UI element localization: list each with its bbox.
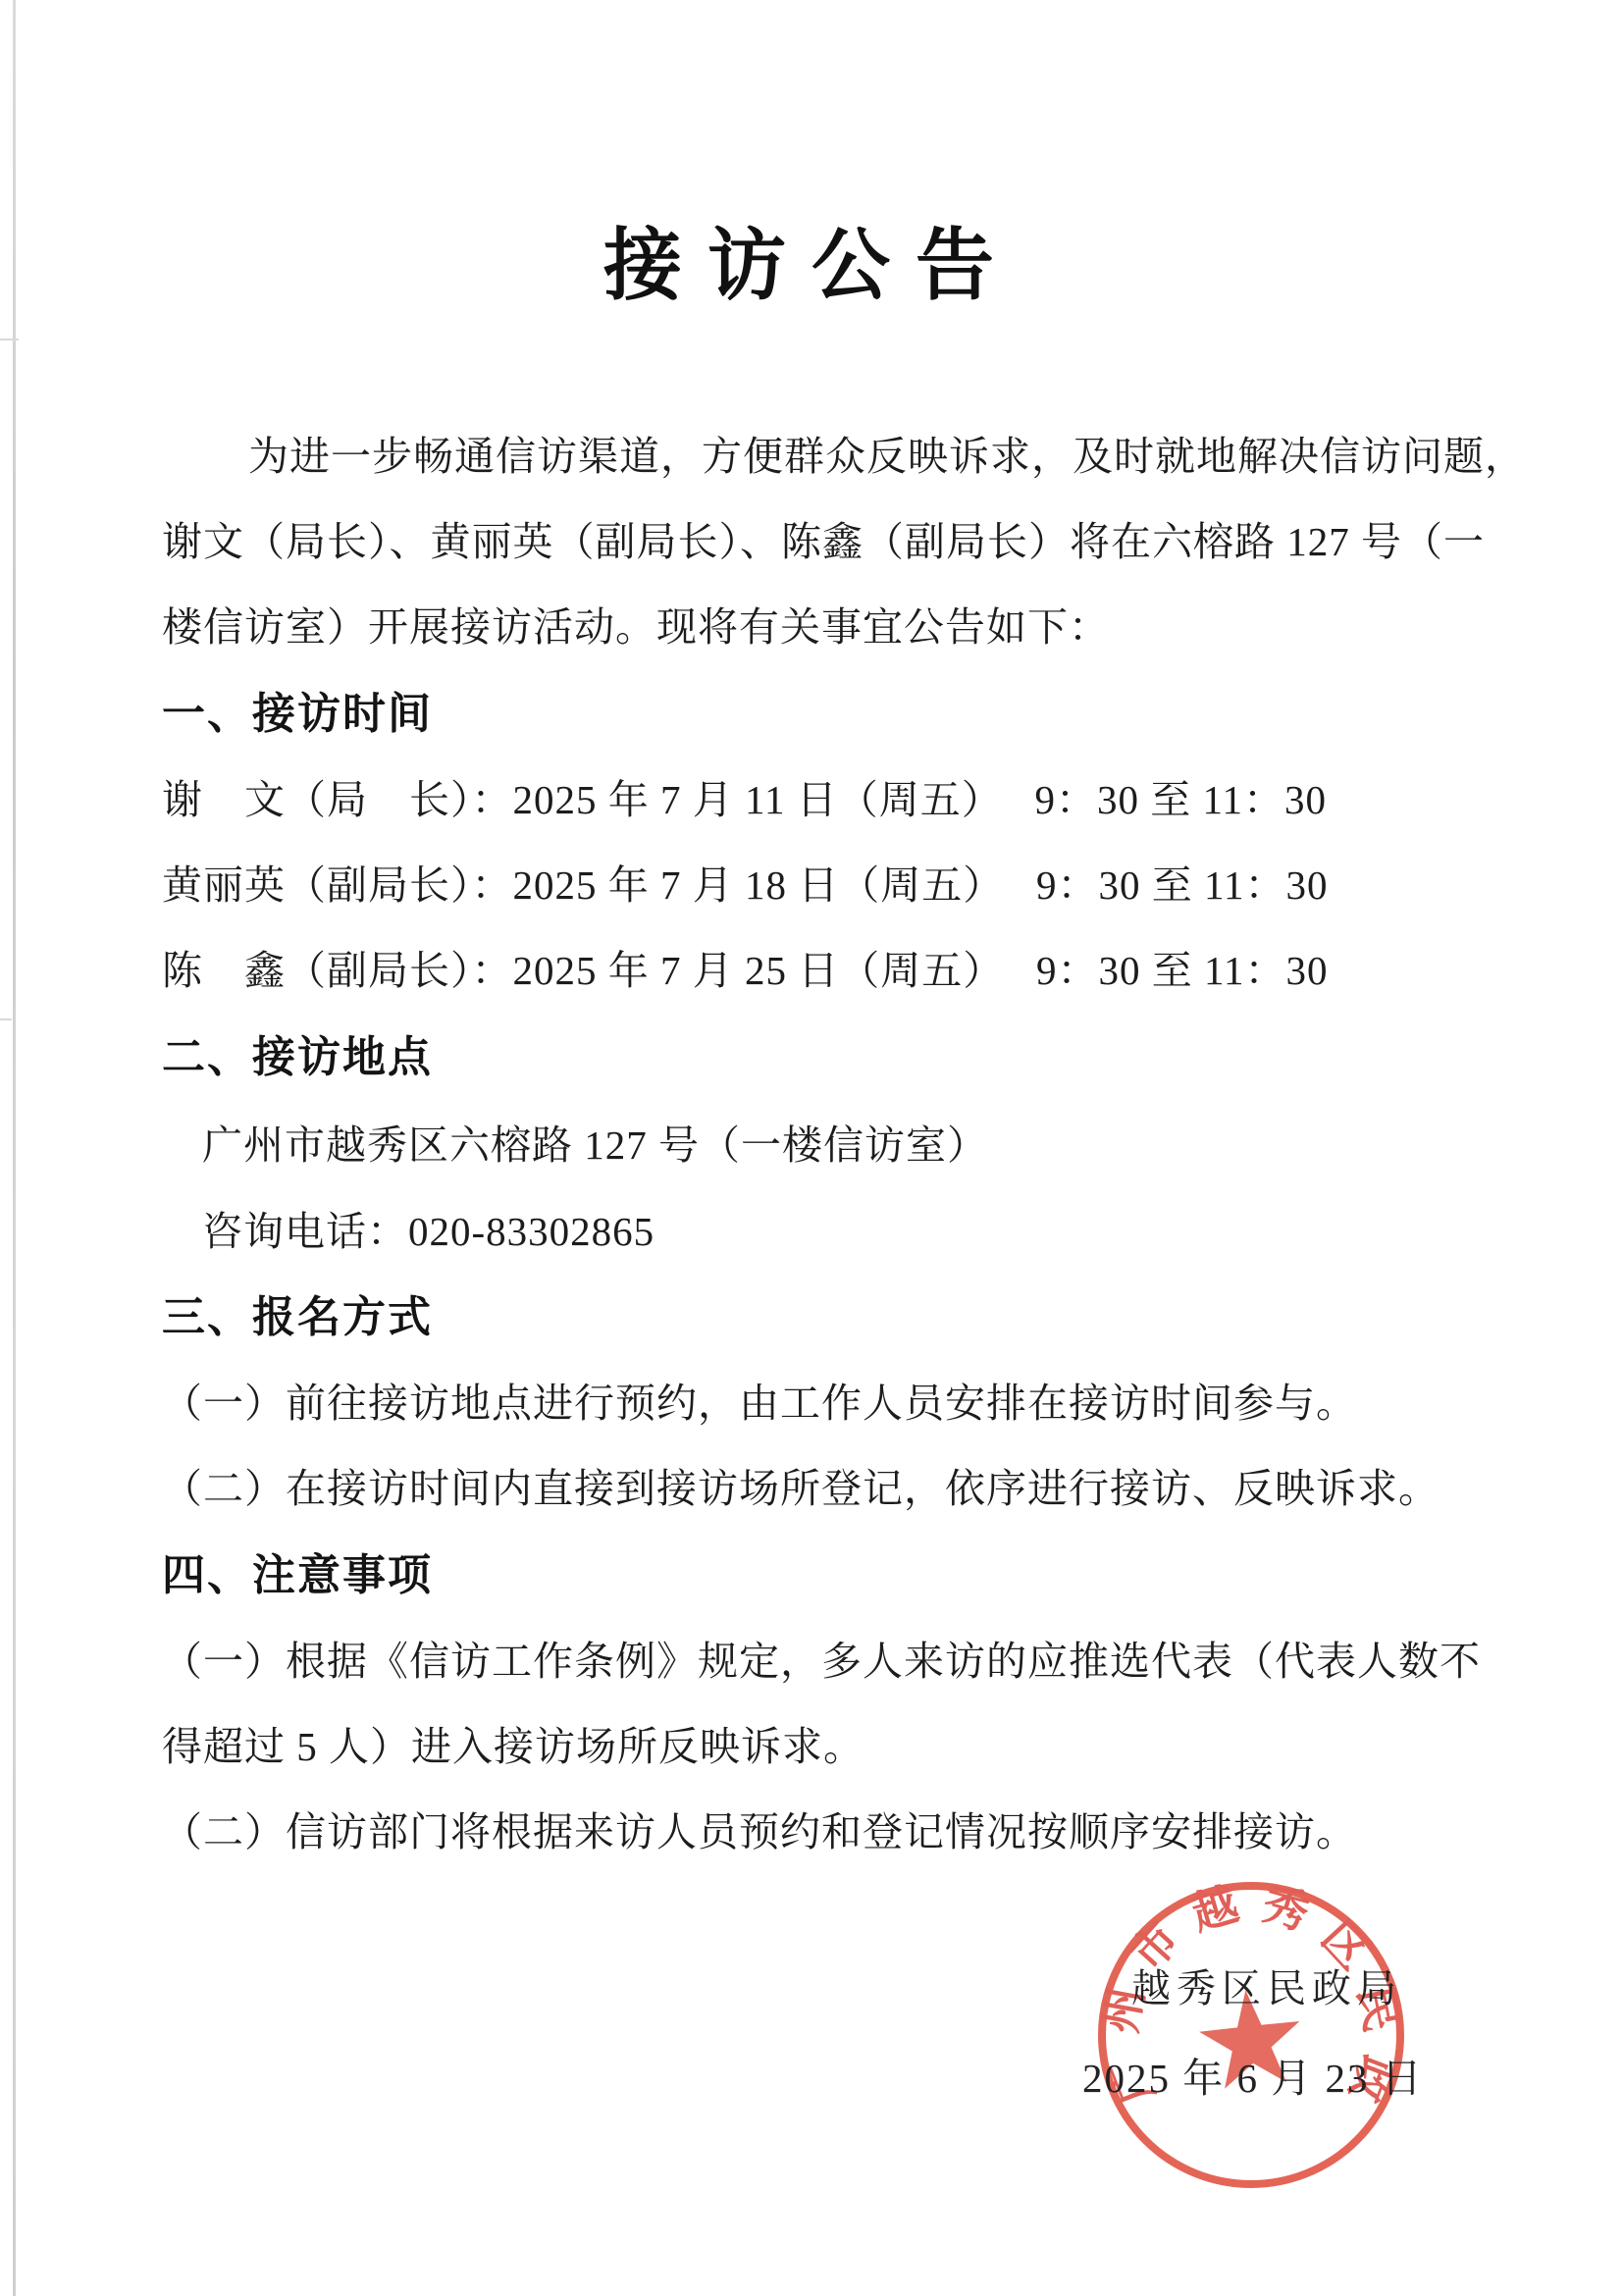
section-heading-registration: 三、报名方式 xyxy=(162,1296,433,1339)
section-heading-visit-place: 二、接访地点 xyxy=(162,1036,433,1079)
scanned-notice-page: 接访公告 为进一步畅通信访渠道，方便群众反映诉求，及时就地解决信访问题， 谢文（… xyxy=(0,0,1623,2296)
issuer-name: 越秀区民政局 xyxy=(1131,1969,1402,2009)
scan-artifact-tick xyxy=(0,1018,12,1020)
document-title: 接访公告 xyxy=(0,228,1623,306)
note-line: （二）信访部门将根据来访人员预约和登记情况按顺序安排接访。 xyxy=(162,1812,1357,1852)
note-line: 得超过 5 人）进入接访场所反映诉求。 xyxy=(162,1727,864,1767)
scan-artifact-line xyxy=(13,0,16,2296)
issue-date: 2025 年 6 月 23 日 xyxy=(1082,2059,1424,2099)
section-heading-visit-time: 一、接访时间 xyxy=(162,693,433,736)
official-seal: 广州市越秀区民政局 xyxy=(1089,1869,1413,2193)
intro-line: 为进一步畅通信访渠道，方便群众反映诉求，及时就地解决信访问题， xyxy=(248,437,1526,477)
intro-line: 楼信访室）开展接访活动。现将有关事宜公告如下： xyxy=(162,607,1110,648)
address-line: 广州市越秀区六榕路 127 号（一楼信访室） xyxy=(202,1125,988,1166)
schedule-line: 谢 文（局 长）：2025 年 7 月 11 日（周五） 9：30 至 11：3… xyxy=(162,780,1327,820)
registration-item: （二）在接访时间内直接到接访场所登记，依序进行接访、反映诉求。 xyxy=(162,1469,1440,1509)
intro-line: 谢文（局长）、黄丽英（副局长）、陈鑫（副局长）将在六榕路 127 号（一 xyxy=(162,522,1485,562)
schedule-line: 黄丽英（副局长）：2025 年 7 月 18 日（周五） 9：30 至 11：3… xyxy=(162,865,1328,906)
phone-line: 咨询电话：020-83302865 xyxy=(202,1212,654,1252)
registration-item: （一）前往接访地点进行预约，由工作人员安排在接访时间参与。 xyxy=(162,1383,1357,1424)
schedule-line: 陈 鑫（副局长）：2025 年 7 月 25 日（周五） 9：30 至 11：3… xyxy=(162,951,1328,991)
note-line: （一）根据《信访工作条例》规定，多人来访的应推选代表（代表人数不 xyxy=(162,1642,1481,1682)
scan-artifact-tick xyxy=(0,339,19,340)
section-heading-notes: 四、注意事项 xyxy=(162,1554,433,1597)
